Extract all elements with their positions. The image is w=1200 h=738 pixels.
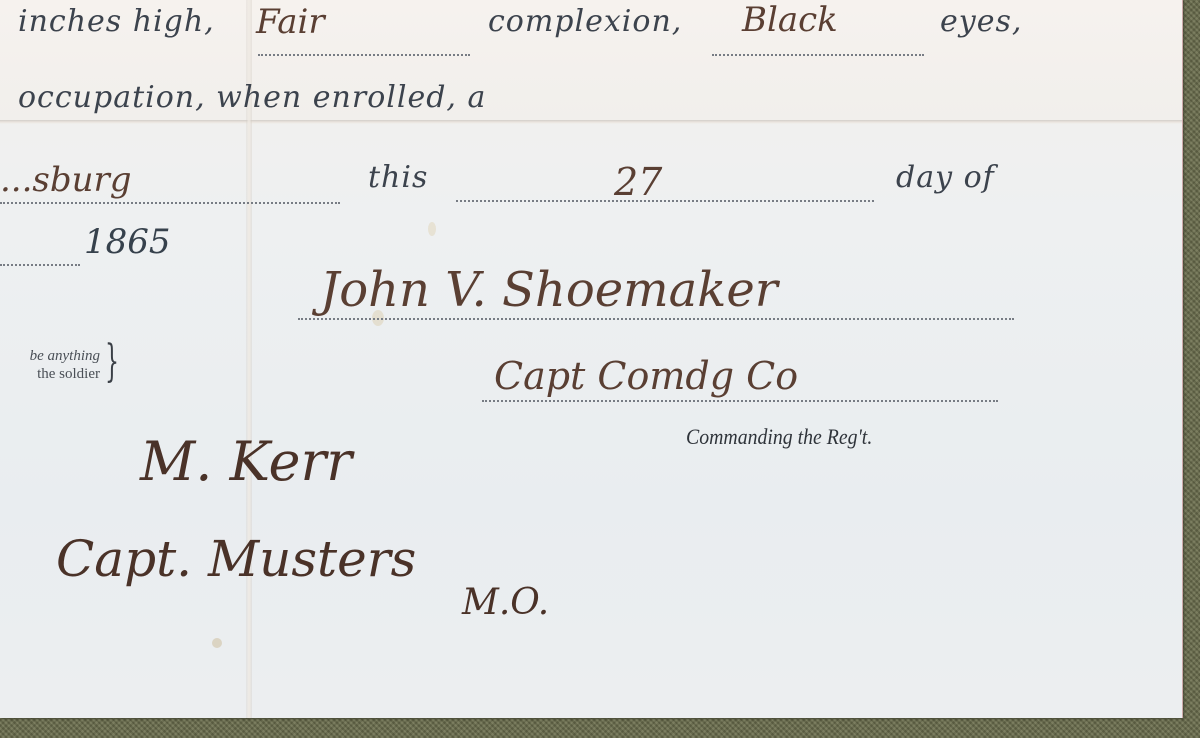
printed-eyes: eyes, [940, 4, 1022, 39]
document-paper: inches high, Fair complexion, Black eyes… [0, 0, 1183, 718]
handwritten-place: ...sburg [0, 160, 132, 200]
handwritten-day: 27 [614, 160, 662, 204]
handwritten-signature: John V. Shoemaker [320, 262, 778, 318]
handwritten-signature-title: Capt Comdg Co [494, 354, 798, 398]
signature-title-line [482, 400, 998, 402]
complexion-field-line [258, 54, 470, 56]
handwritten-second-signature: M. Kerr [140, 430, 352, 493]
brace-symbol: } [105, 336, 119, 387]
eyes-field-line [712, 54, 924, 56]
printed-note-line1: be anything [0, 348, 100, 365]
stain-spot [212, 638, 222, 648]
printed-complexion: complexion, [488, 4, 682, 39]
stain-spot [428, 222, 436, 236]
printed-occupation: occupation, when enrolled, a [18, 80, 486, 115]
signature-line [298, 318, 1014, 320]
printed-this: this [368, 160, 428, 195]
printed-inches-high: inches high, [18, 4, 215, 39]
place-field-line [0, 202, 340, 204]
handwritten-eyes: Black [742, 0, 838, 40]
handwritten-second-signature-title: Capt. Musters [56, 530, 416, 588]
handwritten-complexion: Fair [256, 2, 325, 42]
handwritten-year: 1865 [84, 222, 171, 262]
printed-day-of: day of [896, 160, 995, 195]
horizontal-fold [0, 120, 1182, 124]
printed-note-line2: the soldier [0, 366, 100, 383]
handwritten-mo-abbrev: M.O. [462, 582, 549, 623]
year-field-line [0, 264, 80, 266]
printed-commanding-title: Commanding the Reg't. [686, 424, 872, 450]
day-field-line [456, 200, 874, 202]
